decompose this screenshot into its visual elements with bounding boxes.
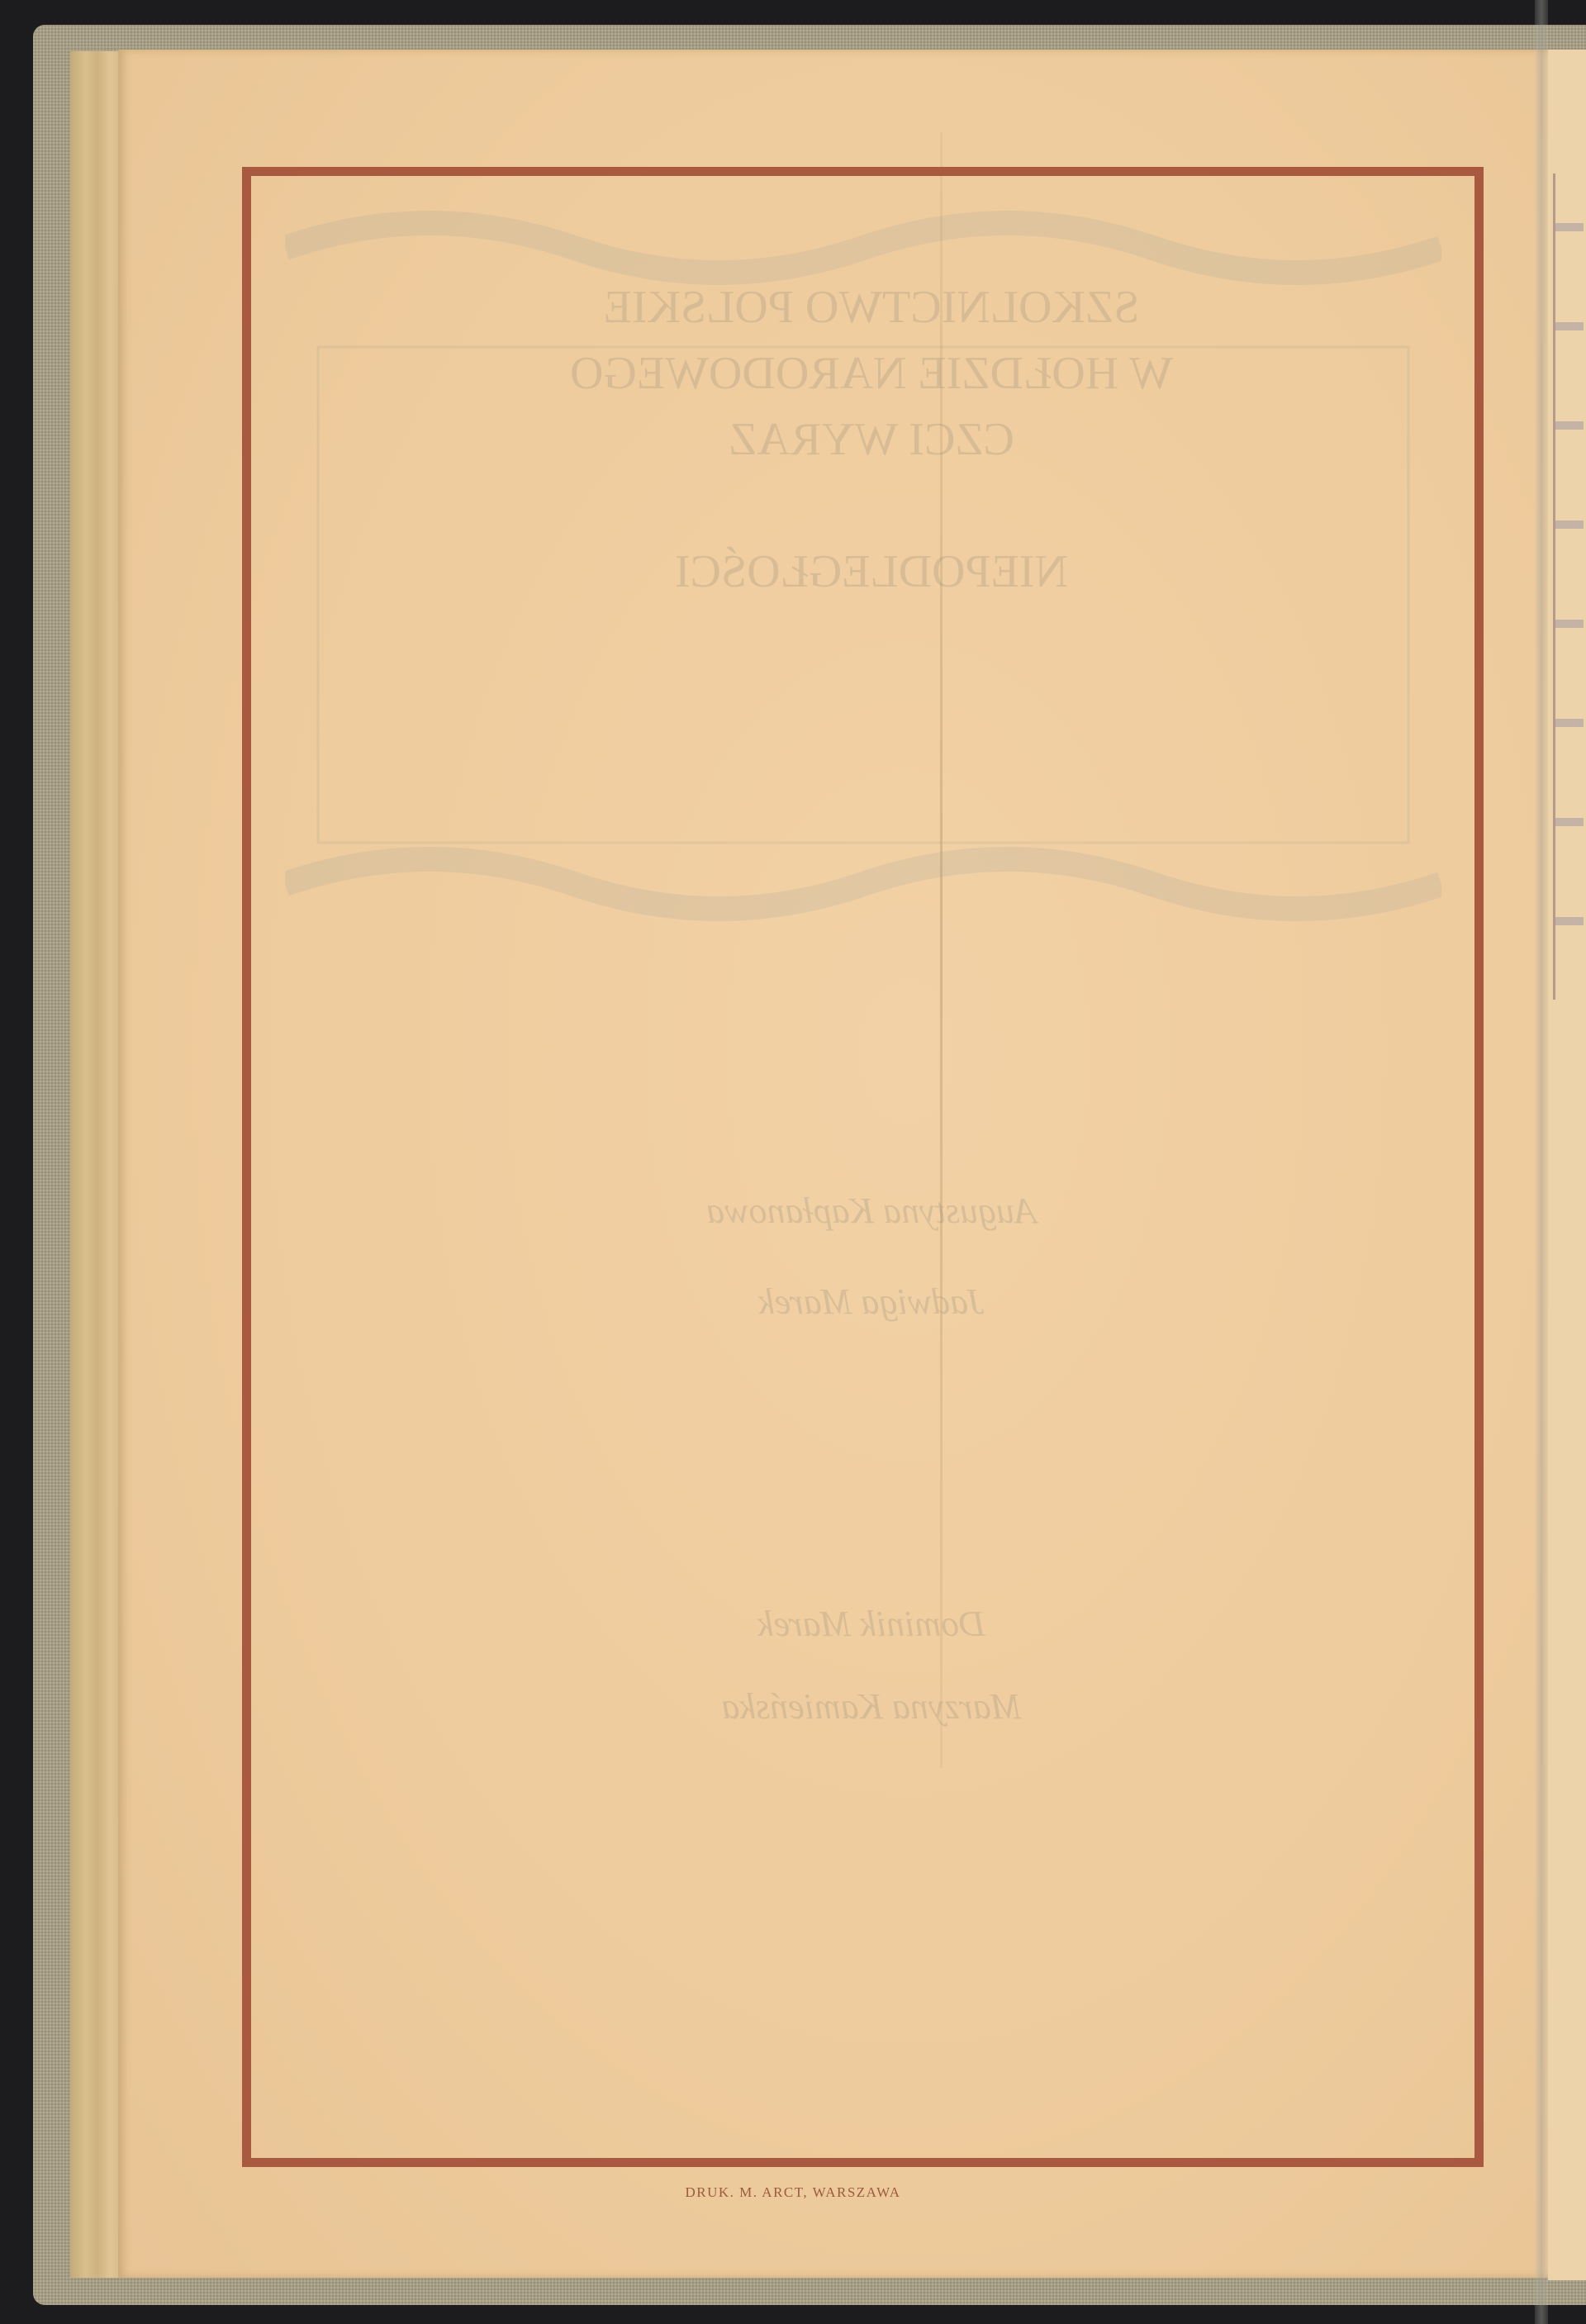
decorative-border-frame [242, 167, 1484, 2167]
page-edges [70, 51, 120, 2278]
printer-imprint: DRUK. M. ARCT, WARSZAWA [0, 2184, 1586, 2201]
glass-plate-edge [1535, 0, 1548, 2324]
facing-page-ornament-icon [1553, 173, 1584, 1000]
facing-page-edge [1548, 50, 1586, 2280]
